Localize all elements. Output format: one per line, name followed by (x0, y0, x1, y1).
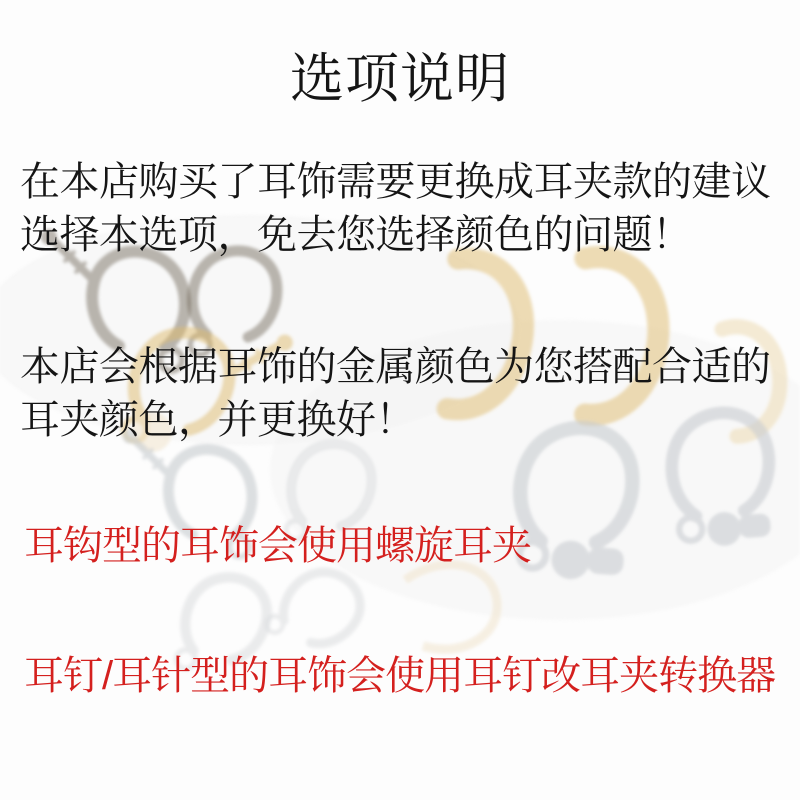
earclip-ghost-swirl (405, 565, 497, 650)
hook-type-note: 耳钩型的耳饰会使用螺旋耳夹 (24, 520, 796, 573)
stud-type-note: 耳钉/耳针型的耳饰会使用耳钉改耳夹转换器 (24, 650, 796, 703)
intro-paragraph: 在本店购买了耳饰需要更换成耳夹款的建议 选择本选项，免去您选择颜色的问题！ (20, 156, 790, 262)
option-description-image: 选项说明 在本店购买了耳饰需要更换成耳夹款的建议 选择本选项，免去您选择颜色的问… (0, 0, 800, 800)
intro-line-1: 在本店购买了耳饰需要更换成耳夹款的建议 (20, 156, 790, 209)
promise-paragraph: 本店会根据耳饰的金属颜色为您搭配合适的 耳夹颜色，并更换好！ (20, 341, 790, 447)
intro-line-2: 选择本选项，免去您选择颜色的问题！ (20, 209, 790, 262)
page-title: 选项说明 (0, 50, 800, 108)
promise-line-2: 耳夹颜色，并更换好！ (20, 394, 790, 447)
promise-line-1: 本店会根据耳饰的金属颜色为您搭配合适的 (20, 341, 790, 394)
photo-wash-layer (0, 215, 800, 687)
